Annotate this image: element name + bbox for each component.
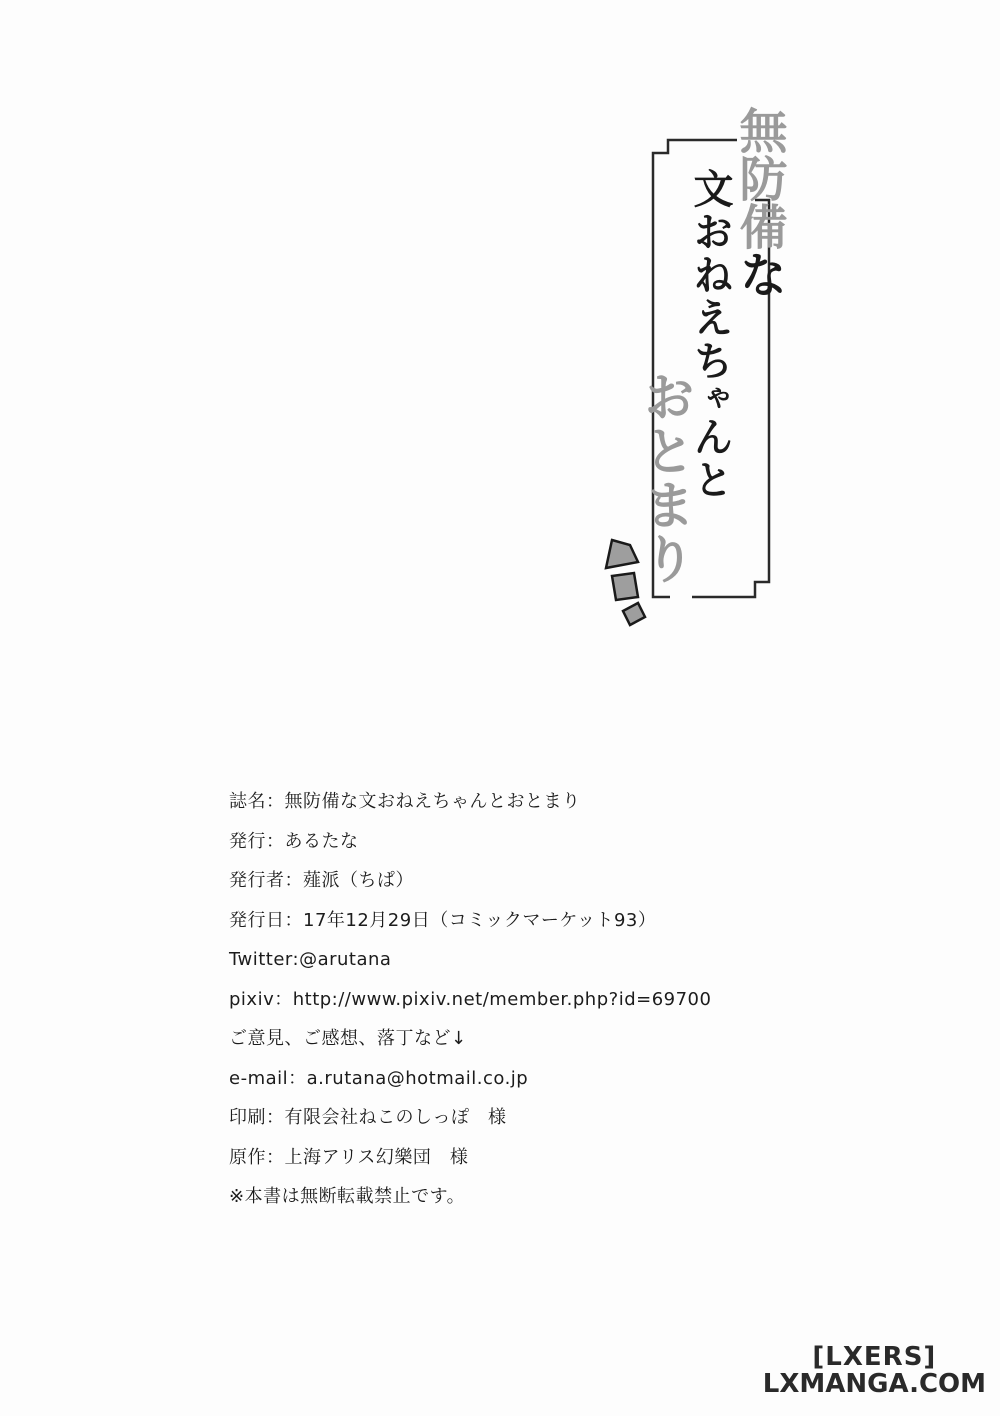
colophon-printer: 印刷：有限会社ねこのしっぽ 様 (229, 1107, 711, 1147)
title-char: 防 (731, 154, 787, 202)
decor-tile-3 (623, 603, 645, 625)
title-column-middle: 文おねえちゃんと (690, 168, 730, 502)
title-column-right: 無防備な (735, 106, 783, 298)
title-char: お (634, 370, 694, 424)
title-char: ま (634, 478, 694, 532)
colophon-pixiv: pixiv：http://www.pixiv.net/member.php?id… (229, 989, 711, 1029)
title-char: 無 (731, 106, 787, 154)
title-char: と (634, 424, 694, 478)
title-char: ゃ (693, 383, 728, 416)
colophon-email: e-mail：a.rutana@hotmail.co.jp (229, 1068, 711, 1108)
watermark-line1: [LXERS] (763, 1344, 986, 1371)
watermark: [LXERS] LXMANGA.COM (763, 1344, 986, 1399)
colophon-feedback: ご意見、ご感想、落丁など↓ (229, 1028, 711, 1068)
title-char: お (687, 211, 733, 254)
title-char: ね (687, 254, 733, 297)
title-char: 備 (731, 202, 787, 250)
colophon-publisher: 発行：あるたな (229, 831, 711, 871)
title-column-left: おとまり (638, 370, 690, 586)
colophon-original-work: 原作：上海アリス幻樂団 様 (229, 1147, 711, 1187)
colophon-title: 誌名：無防備な文おねえちゃんとおとまり (229, 791, 711, 831)
watermark-line2: LXMANGA.COM (763, 1371, 986, 1398)
title-char: な (731, 250, 787, 298)
title-char: り (634, 532, 694, 586)
colophon-author: 発行者：薤派（ちぱ） (229, 870, 711, 910)
title-char: え (687, 297, 733, 340)
colophon: 誌名：無防備な文おねえちゃんとおとまり 発行：あるたな 発行者：薤派（ちぱ） 発… (229, 791, 711, 1226)
title-char: 文 (687, 168, 733, 211)
colophon-date: 発行日：17年12月29日（コミックマーケット93） (229, 910, 711, 950)
colophon-twitter: Twitter:@arutana (229, 949, 711, 989)
colophon-notice: ※本書は無断転載禁止です。 (229, 1186, 711, 1226)
